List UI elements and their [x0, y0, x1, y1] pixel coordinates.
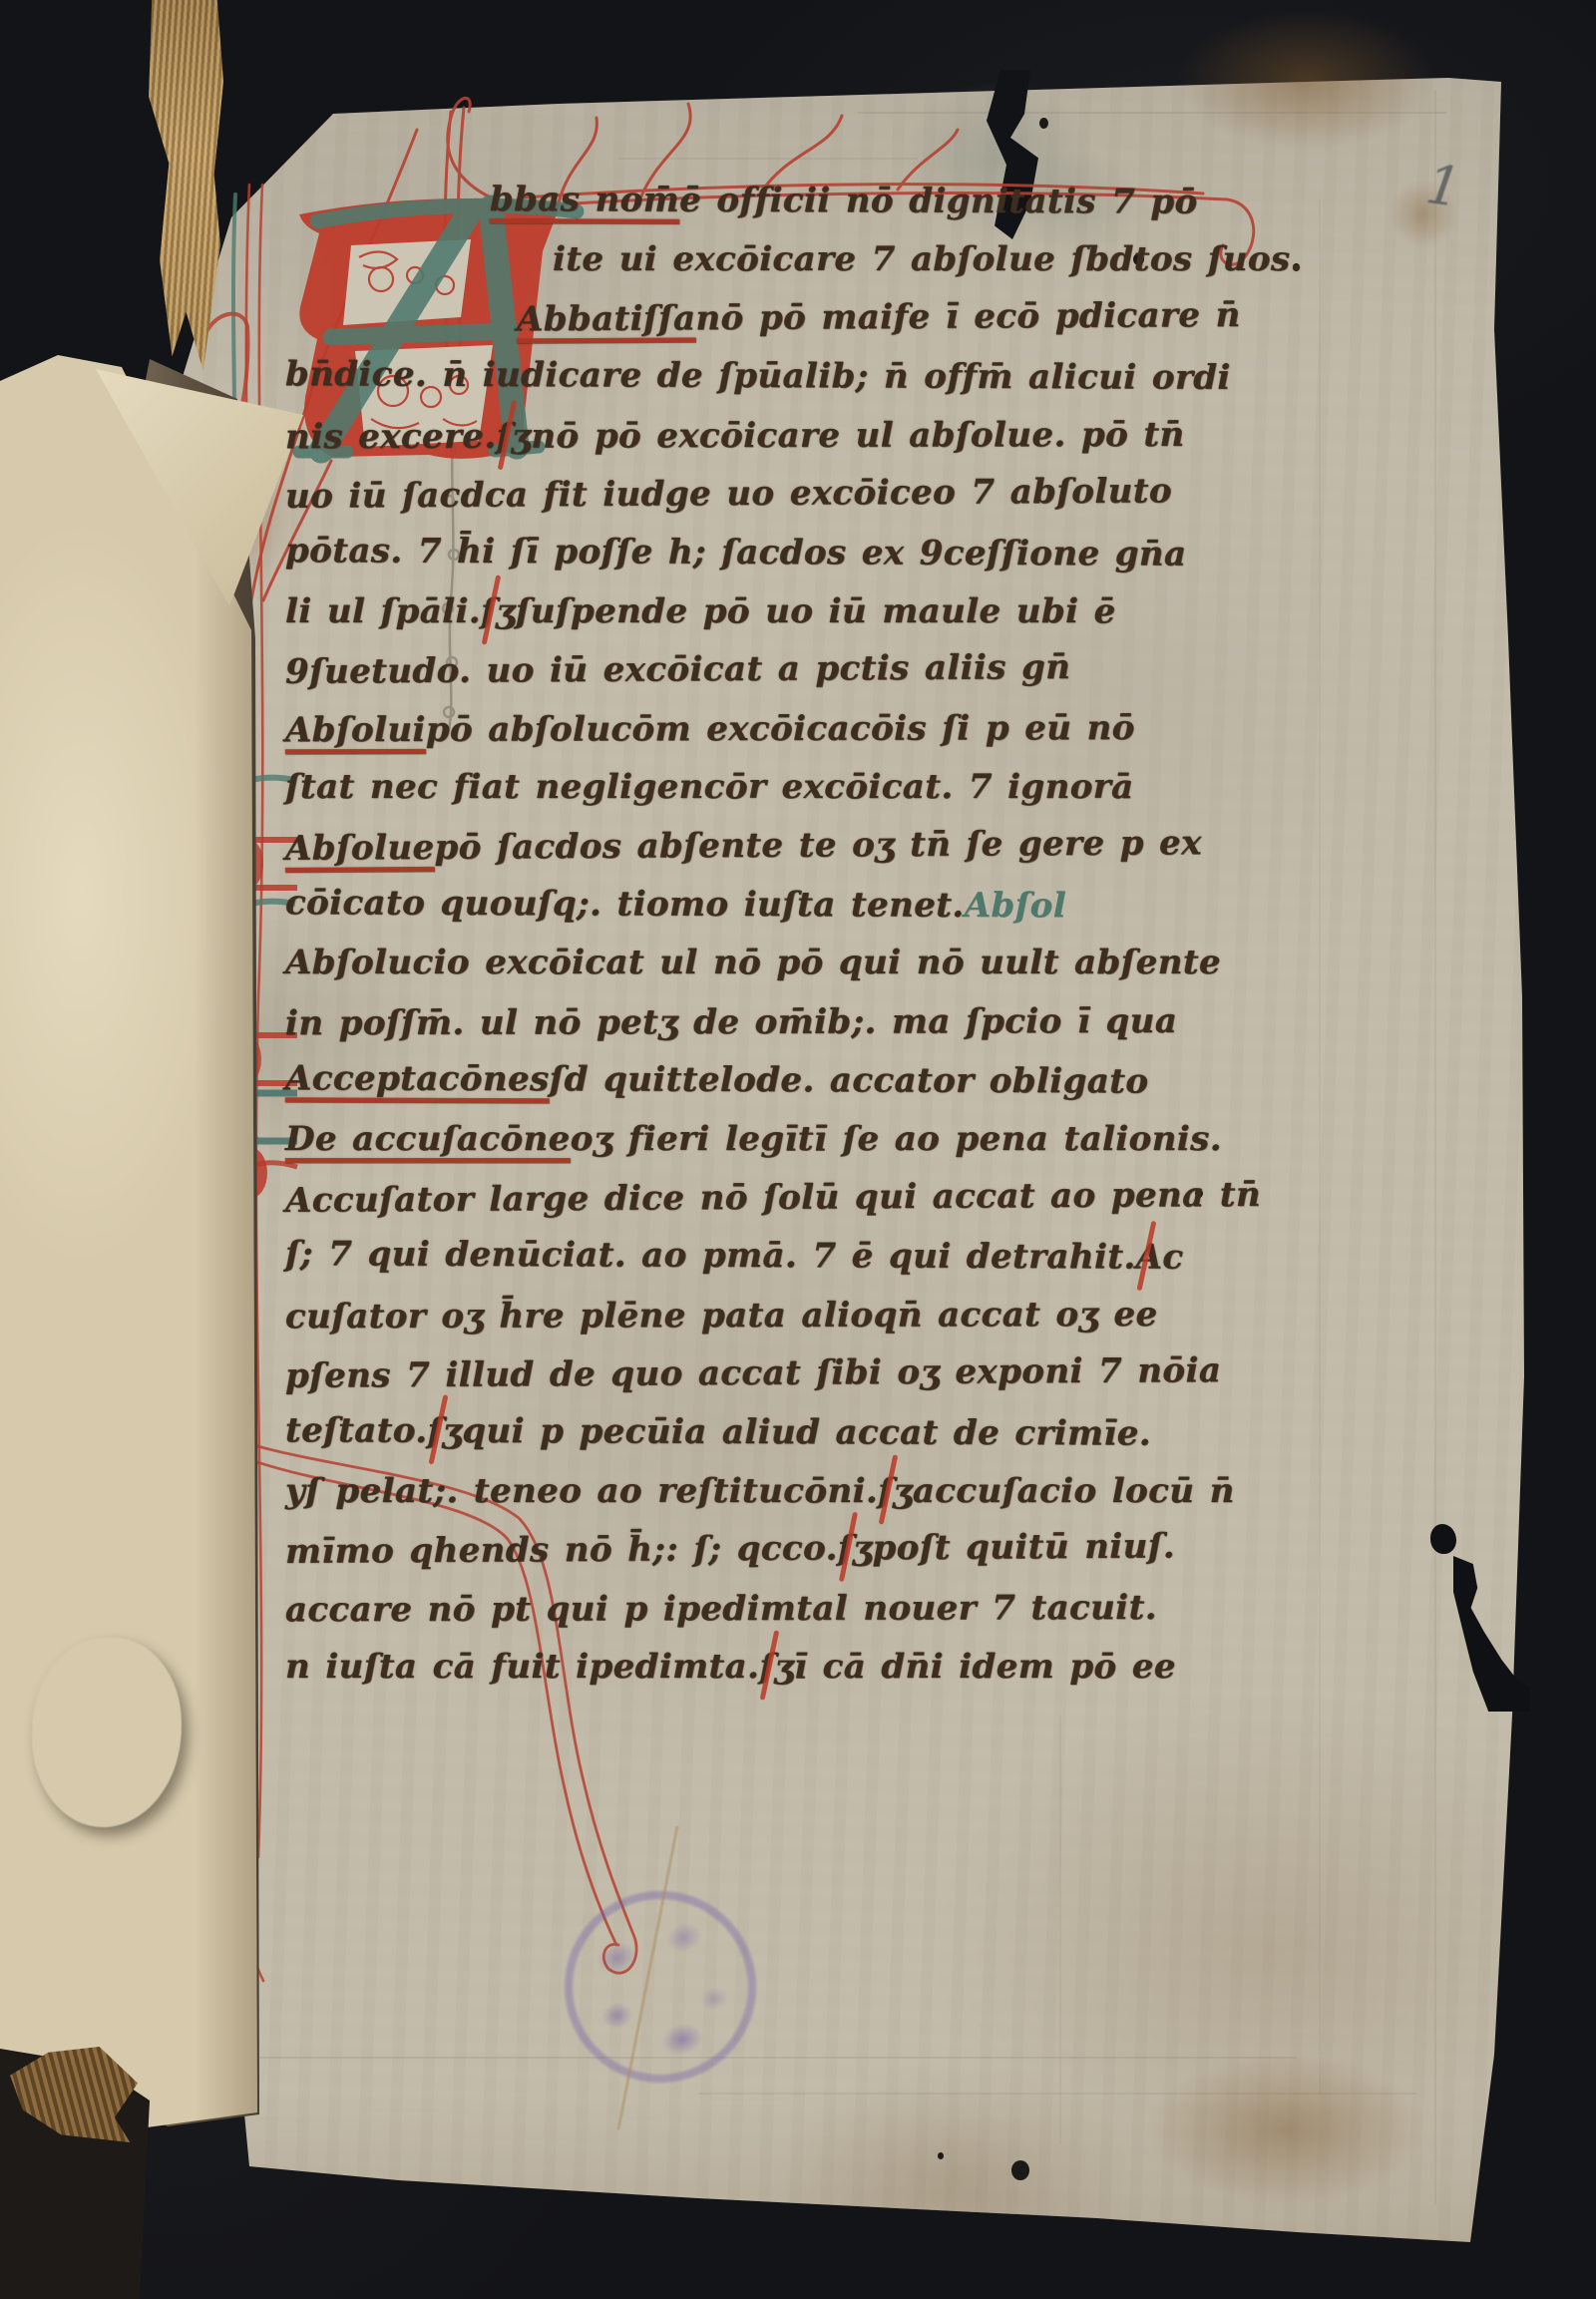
text-segment-plain: yſ pelat;. teneo ao reſtitucōni.: [285, 1462, 878, 1521]
text-segment-teal: Abſol: [965, 876, 1067, 935]
text-segment-plain: accuſacio locū n̄: [913, 1462, 1235, 1521]
worm-hole-bottom: [1011, 2160, 1029, 2180]
text-line: 9ſuetudo. uo iū excōicat a pctis aliis g…: [285, 638, 1213, 702]
text-segment-lemma: Acceptacōnes: [285, 1049, 550, 1109]
text-segment-plain: bn̄dice. n̄ iudicare de ſpūalib; n̄ offm…: [285, 346, 1231, 408]
text-segment-plain: nō pō excōicare ul abſolue. pō tn̄: [531, 406, 1184, 467]
text-line: bbas nom̄ ē officii nō dignitatis 7 pō: [285, 170, 1213, 231]
ruling-line-top-2: [618, 158, 918, 160]
vertical-crease-center: [1059, 1716, 1061, 2144]
text-segment-lemma: De accuſacōne: [285, 1110, 571, 1169]
text-line: nis excere. ſʒ nō pō excōicare ul abſolu…: [285, 406, 1213, 467]
text-segment-item: ſʒ: [481, 582, 516, 641]
text-block: bbas nom̄ ē officii nō dignitatis 7 pōit…: [285, 172, 1213, 1697]
text-segment-plain: li ul ſpāli.: [285, 582, 481, 641]
text-line: teſtato. ſʒ qui p pecūia aliud accat de …: [285, 1401, 1213, 1463]
text-segment-plain: ī cā dn̄i idem pō ee: [794, 1638, 1176, 1697]
text-segment-plain: n iuſta cā fuit ipedimta.: [285, 1638, 759, 1697]
text-segment-plain: accare nō pt qui p ipedimtal nouer 7 tac…: [285, 1579, 1157, 1640]
text-segment-plain: ſtat nec fiat negligencōr excōicat. 7 ig…: [285, 758, 1134, 817]
text-segment-plain: cōicato quouſq;. tiomo iuſta tenet.: [285, 874, 965, 935]
text-line: ſ; 7 qui denūciat. ao pmā. 7 ē qui detra…: [285, 1226, 1213, 1288]
text-segment-plain: ſd quittelode. accator obligato: [549, 1050, 1148, 1111]
text-line: ite ui excōicare 7 abſolue ſbdtos ſuos.: [285, 230, 1213, 289]
text-segment-plain: pſens 7 illud de quo accat ſibi oʒ expon…: [285, 1341, 1222, 1406]
text-segment-item: ſʒ: [497, 408, 532, 467]
text-line: mīmo qhends nō h̄;: ſ; qcco. ſʒ poſt qui…: [285, 1517, 1213, 1581]
vertical-crease-right-2: [1319, 199, 1321, 2095]
text-segment-plain: ſ; 7 qui denūciat. ao pmā. 7 ē qui detra…: [285, 1226, 1136, 1288]
text-segment-lemma: Abſolue: [285, 819, 435, 879]
text-line: pōtas. 7 h̄i ſī poſſe h; ſacdos ex 9ceſſ…: [285, 522, 1213, 583]
text-segment-plain: ē officii nō dignitatis 7 pō: [679, 172, 1198, 232]
text-segment-plain: mīmo qhends nō h̄;: ſ; qcco.: [285, 1520, 838, 1582]
ink-blot-dot: [1430, 1524, 1456, 1554]
text-line: ſtat nec fiat negligencōr excōicat. 7 ig…: [285, 758, 1213, 817]
text-segment-lemma: bbas nom̄: [490, 171, 679, 230]
text-segment-item: ſʒ: [759, 1638, 794, 1697]
text-segment-plain: cuſator oʒ h̄re plēne pata alioqn̄ accat…: [285, 1286, 1158, 1346]
text-segment-plain: 9ſuetudo. uo iū excōicat a pctis aliis g…: [285, 638, 1071, 702]
text-segment-plain: Abſolucio excōicat ul nō pō qui nō uult …: [285, 934, 1221, 992]
text-segment-item: ſʒ: [838, 1520, 873, 1579]
text-line: accare nō pt qui p ipedimtal nouer 7 tac…: [285, 1579, 1213, 1640]
text-segment-plain: nis excere.: [285, 408, 497, 467]
text-segment-plain: pō abſolucōm excōicacōis ſi p eū nō: [426, 699, 1135, 760]
text-segment-plain: ite ui excōicare 7 abſolue ſbdtos ſuos.: [553, 230, 1303, 289]
vertical-crease-right: [1434, 90, 1436, 2204]
text-line: in poſſm̄. ul nō petʒ de om̄ib;. ma ſpci…: [285, 992, 1213, 1053]
text-line: Abſolue pō ſacdos abſente te oʒ tn̄ ſe g…: [285, 814, 1213, 878]
speck-5: [938, 2152, 944, 2159]
text-segment-plain: in poſſm̄. ul nō petʒ de om̄ib;. ma ſpci…: [285, 992, 1177, 1053]
text-line: cōicato quouſq;. tiomo iuſta tenet. Abſo…: [285, 874, 1213, 936]
stain-bottom-right: [1147, 2055, 1426, 2204]
text-segment-plain: Accuſator large dice nō ſolū qui accat a…: [285, 1165, 1261, 1230]
text-line: cuſator oʒ h̄re plēne pata alioqn̄ accat…: [285, 1286, 1213, 1346]
text-line: Abbatiſſa nō pō maife ī ecō pdicare n̄: [285, 286, 1213, 350]
guard-leaf: [0, 339, 269, 2184]
text-line: bn̄dice. n̄ iudicare de ſpūalib; n̄ offm…: [285, 346, 1213, 408]
text-segment-lemma: Abſolui: [285, 701, 426, 760]
text-segment-plain: oʒ fieri legītī ſe ao pena talionis.: [571, 1110, 1222, 1169]
text-line: uo iū ſacdca fit iudge uo excōiceo 7 abſ…: [285, 462, 1213, 526]
text-line: Abſolucio excōicat ul nō pō qui nō uult …: [285, 934, 1213, 992]
stain-top-right: [1177, 10, 1436, 150]
text-segment-plain: pōtas. 7 h̄i ſī poſſe h; ſacdos ex 9ceſſ…: [285, 522, 1187, 583]
text-line: yſ pelat;. teneo ao reſtitucōni. ſʒ accu…: [285, 1462, 1213, 1521]
ruling-line-bottom: [259, 2057, 1297, 2059]
text-segment-item: ſʒ: [427, 1401, 462, 1460]
manuscript-photo: { "document": { "type": "medieval parchm…: [0, 0, 1596, 2299]
text-line: Abſolui pō abſolucōm excōicacōis ſi p eū…: [285, 699, 1213, 760]
text-segment-item: Ac: [1136, 1229, 1184, 1288]
text-segment-plain: teſtato.: [285, 1401, 428, 1460]
text-line: li ul ſpāli. ſʒ ſuſpende pō uo iū maule …: [285, 582, 1213, 641]
text-segment-plain: uo iū ſacdca fit iudge uo excōiceo 7 abſ…: [285, 462, 1172, 526]
text-segment-plain: qui p pecūia aliud accat de crimīe.: [462, 1402, 1151, 1463]
text-line: pſens 7 illud de quo accat ſibi oʒ expon…: [285, 1341, 1213, 1405]
text-line: De accuſacōne oʒ fieri legītī ſe ao pena…: [285, 1110, 1213, 1169]
text-segment-plain: nō pō maife ī ecō pdicare n̄: [695, 286, 1241, 348]
text-segment-item: ſʒ: [878, 1462, 913, 1521]
text-segment-plain: poſt quitū niuſ.: [872, 1518, 1175, 1579]
text-segment-plain: ſuſpende pō uo iū maule ubi ē: [516, 582, 1116, 641]
text-segment-plain: pō ſacdos abſente te oʒ tn̄ ſe gere p ex: [434, 814, 1202, 877]
text-line: Acceptacōnes ſd quittelode. accator obli…: [285, 1049, 1213, 1111]
text-line: n iuſta cā fuit ipedimta. ſʒ ī cā dn̄i i…: [285, 1638, 1213, 1697]
text-segment-lemma: Abbatiſſa: [517, 289, 696, 349]
text-line: Accuſator large dice nō ſolū qui accat a…: [285, 1166, 1213, 1230]
speck-1: [1039, 118, 1048, 129]
